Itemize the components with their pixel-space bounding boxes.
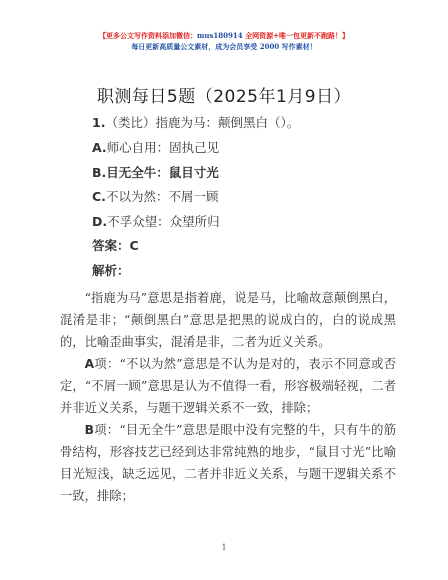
option-a: A.师心自用：固执己见 bbox=[92, 140, 398, 156]
option-text: 不孚众望：众望所归 bbox=[107, 214, 220, 229]
answer-value: C bbox=[130, 238, 139, 253]
option-lead: B bbox=[85, 423, 94, 437]
promo-text-red-2: 全网资源+唯一包更新不跑路！】 bbox=[243, 31, 349, 40]
option-d: D.不孚众望：众望所归 bbox=[92, 214, 398, 230]
option-lead: A bbox=[85, 357, 95, 371]
analysis-option-b: B项：“目无全牛”意思是眼中没有完整的牛，只有牛的筋骨结构，形容技艺已经到达非常… bbox=[60, 419, 396, 507]
promo-line-1: 【更多公文写作资料添加微信：mus180914 全网资源+唯一包更新不跑路！】 bbox=[0, 30, 448, 41]
option-label: D. bbox=[92, 214, 107, 229]
option-text: 师心自用：固执己见 bbox=[107, 140, 220, 155]
promo-line-2: 每日更新高质量公文素材，成为会员享受 2000 写作素材！ bbox=[0, 41, 448, 52]
option-text: 不以为然：不屑一顾 bbox=[106, 189, 219, 204]
analysis-text: 项：“不以为然”意思是不认为是对的，表示不同意或否定，“不屑一顾”意思是认为不值… bbox=[60, 357, 396, 415]
option-label: A. bbox=[92, 140, 107, 155]
promo-banner: 【更多公文写作资料添加微信：mus180914 全网资源+唯一包更新不跑路！】 … bbox=[0, 30, 448, 52]
option-c: C.不以为然：不屑一顾 bbox=[92, 189, 398, 205]
option-label: C. bbox=[92, 189, 106, 204]
question-stem: 1.（类比）指鹿为马：颠倒黑白（）。 bbox=[92, 115, 398, 131]
question-number: 1. bbox=[92, 115, 105, 130]
option-b: B.目无全牛：鼠目寸光 bbox=[92, 165, 398, 181]
promo-wechat-id: mus180914 bbox=[197, 31, 243, 40]
analysis-intro: “指鹿为马”意思是指着鹿，说是马，比喻故意颠倒黑白，混淆是非；“颠倒黑白”意思是… bbox=[60, 287, 396, 353]
answer-line: 答案：C bbox=[92, 238, 398, 254]
option-text: 目无全牛：鼠目寸光 bbox=[106, 165, 219, 180]
question-text: （类比）指鹿为马：颠倒黑白（）。 bbox=[105, 115, 299, 130]
page-number: 1 bbox=[0, 543, 448, 552]
option-label: B. bbox=[92, 165, 106, 180]
analysis-option-a: A项：“不以为然”意思是不认为是对的，表示不同意或否定，“不屑一顾”意思是认为不… bbox=[60, 353, 396, 419]
answer-label: 答案： bbox=[92, 238, 130, 253]
analysis-label: 解析： bbox=[92, 263, 398, 279]
analysis-text: 项：“目无全牛”意思是眼中没有完整的牛，只有牛的筋骨结构，形容技艺已经到达非常纯… bbox=[60, 423, 396, 503]
page-title: 职测每日5题（2025年1月9日） bbox=[0, 82, 448, 107]
promo-text-red: 【更多公文写作资料添加微信： bbox=[99, 31, 197, 40]
